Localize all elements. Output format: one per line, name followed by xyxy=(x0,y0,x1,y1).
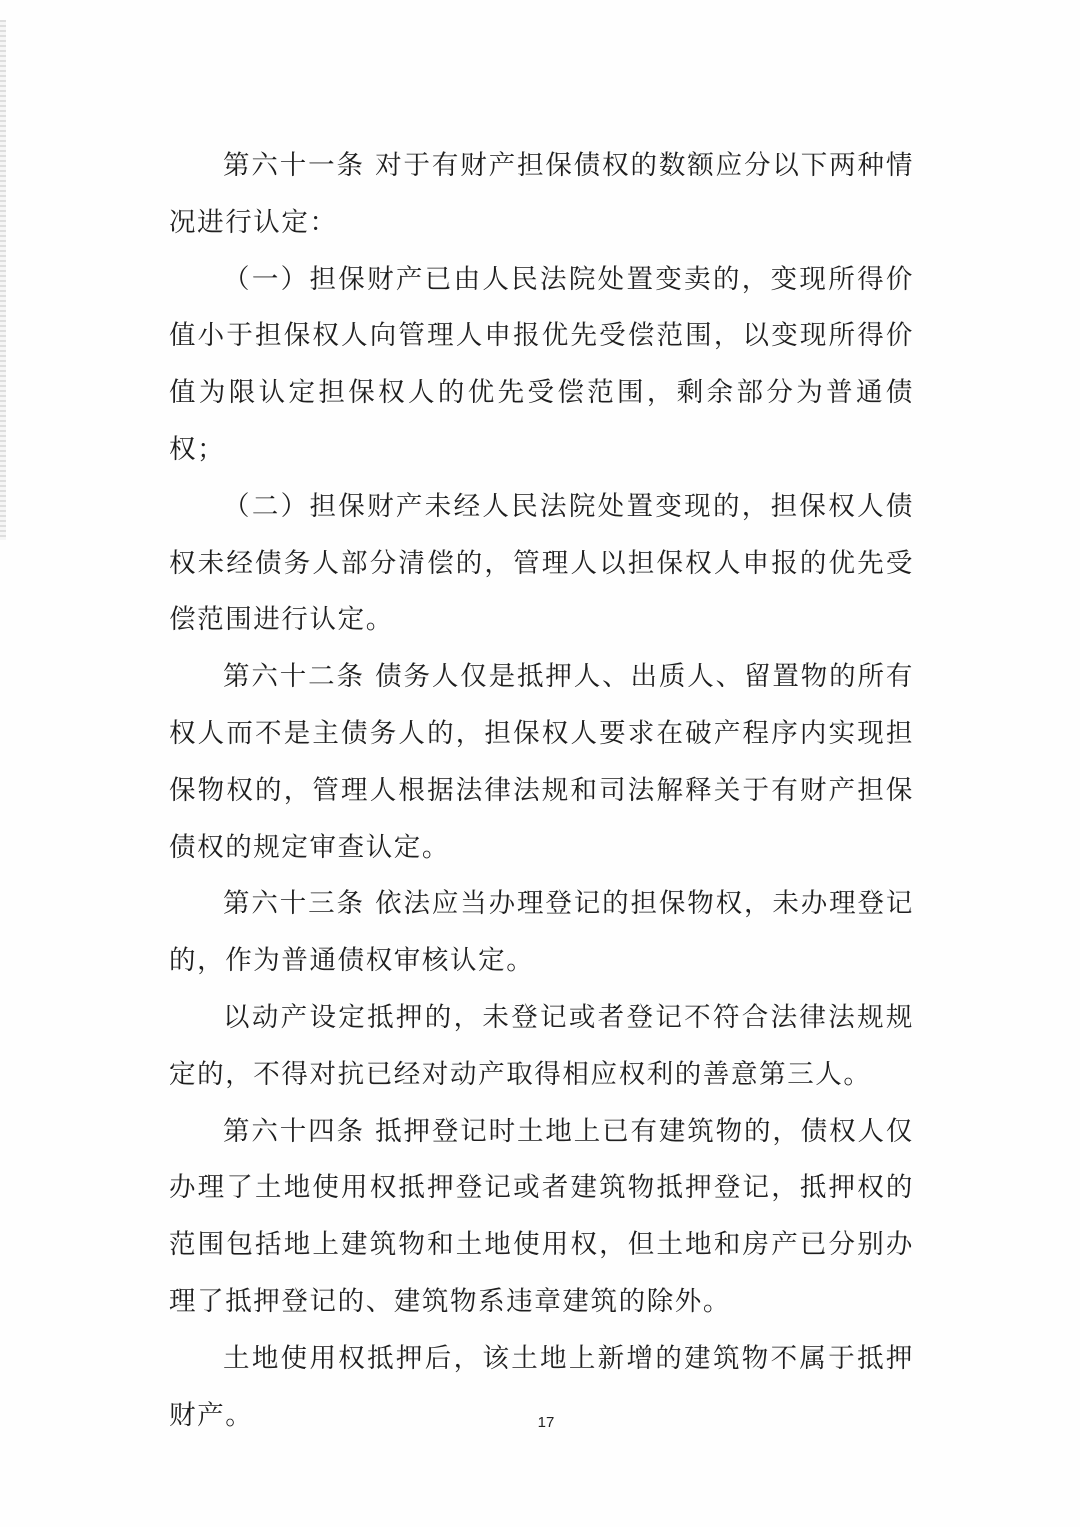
scan-edge-artifact xyxy=(0,20,6,540)
paragraph-article-61: 第六十一条 对于有财产担保债权的数额应分以下两种情况进行认定： xyxy=(169,138,914,252)
paragraph-article-63-clause-2: 以动产设定抵押的，未登记或者登记不符合法律法规规定的，不得对抗已经对动产取得相应… xyxy=(169,990,914,1104)
document-page: 第六十一条 对于有财产担保债权的数额应分以下两种情况进行认定： （一）担保财产已… xyxy=(0,0,1080,1527)
paragraph-article-63: 第六十三条 依法应当办理登记的担保物权，未办理登记的，作为普通债权审核认定。 xyxy=(169,876,914,990)
paragraph-article-61-item-1: （一）担保财产已由人民法院处置变卖的，变现所得价值小于担保权人向管理人申报优先受… xyxy=(169,252,914,479)
paragraph-article-62: 第六十二条 债务人仅是抵押人、出质人、留置物的所有权人而不是主债务人的，担保权人… xyxy=(169,649,914,876)
paragraph-article-64: 第六十四条 抵押登记时土地上已有建筑物的，债权人仅办理了土地使用权抵押登记或者建… xyxy=(169,1104,914,1331)
page-number: 17 xyxy=(531,1414,561,1431)
document-body: 第六十一条 对于有财产担保债权的数额应分以下两种情况进行认定： （一）担保财产已… xyxy=(169,138,914,1444)
paragraph-article-61-item-2: （二）担保财产未经人民法院处置变现的，担保权人债权未经债务人部分清偿的，管理人以… xyxy=(169,479,914,649)
